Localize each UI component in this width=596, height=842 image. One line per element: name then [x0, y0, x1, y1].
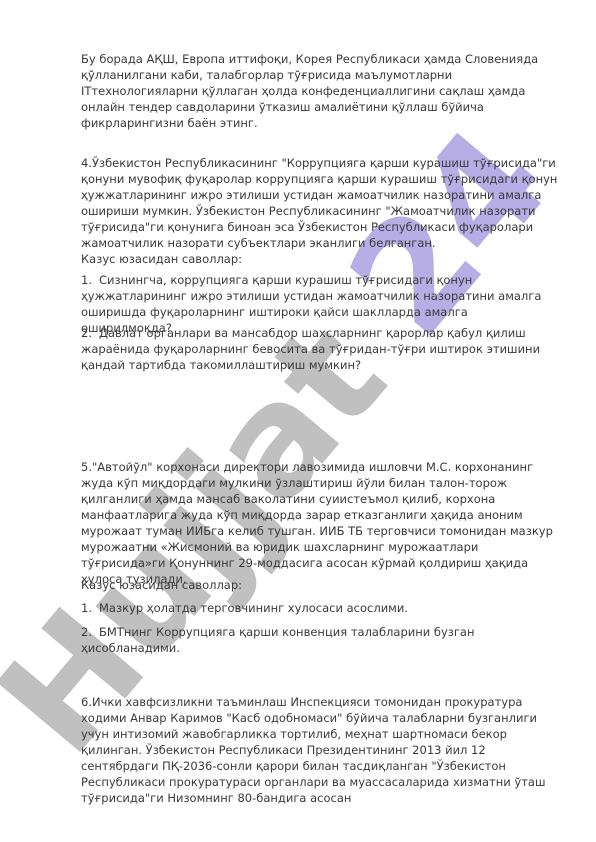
list-number: 1.	[81, 272, 99, 288]
case-6-paragraph: 6.Ички хавфсизликни таъминлаш Инспекцияс…	[81, 694, 559, 806]
list-number: 2.	[81, 325, 99, 341]
case-4-question-2: 2.Давлат органлари ва мансабдор шахсларн…	[81, 325, 559, 373]
document-content: Бу борада АҚШ, Европа иттифоқи, Корея Ре…	[0, 0, 596, 842]
document-page: Hujjat 24 Бу борада АҚШ, Европа иттифоқи…	[0, 0, 596, 842]
question-text: БМТнинг Коррупцияга қарши конвенция тала…	[81, 625, 475, 655]
case-4-paragraph: 4.Ўзбекистон Республикасининг "Коррупция…	[81, 155, 559, 251]
intro-paragraph: Бу борада АҚШ, Европа иттифоқи, Корея Ре…	[81, 51, 559, 131]
case-5-paragraph: 5."Автойўл" корхонаси директори лавозими…	[81, 459, 559, 587]
question-text: Мазкур ҳолатда терговчининг хулосаси асо…	[99, 601, 408, 615]
case-5-question-1: 1.Мазкур ҳолатда терговчининг хулосаси а…	[81, 600, 559, 616]
case-4-questions-heading: Казус юзасидан саволлар:	[81, 251, 559, 267]
list-number: 2.	[81, 624, 99, 640]
case-5-questions-heading: Казус юзасидан саволлар:	[81, 577, 559, 593]
question-text: Давлат органлари ва мансабдор шахсларнин…	[81, 326, 540, 372]
case-5-question-2: 2.БМТнинг Коррупцияга қарши конвенция та…	[81, 624, 559, 656]
list-number: 1.	[81, 600, 99, 616]
